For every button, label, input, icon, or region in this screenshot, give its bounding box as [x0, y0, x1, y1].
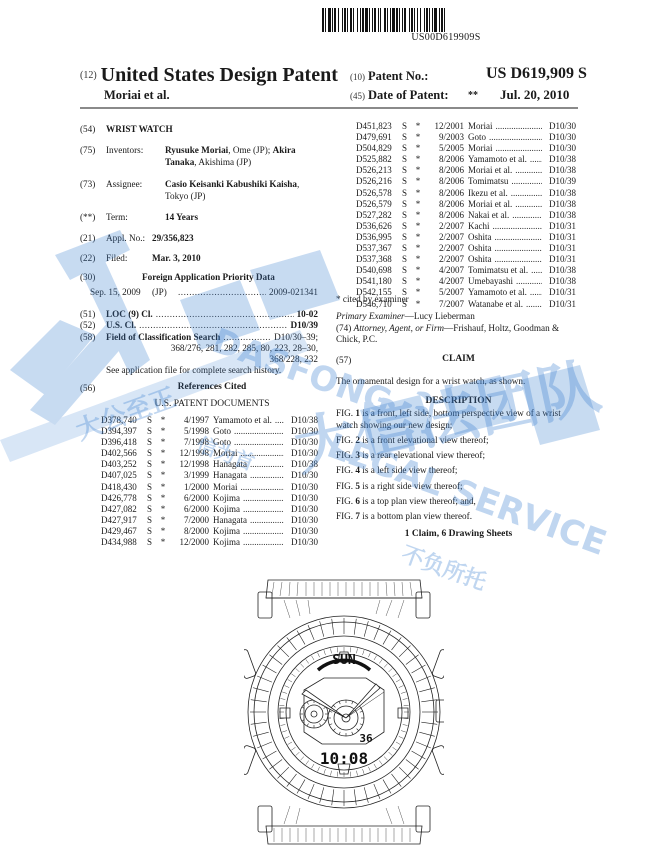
reference-class: D10/30 [284, 537, 318, 548]
reference-number: D526,216 [356, 176, 402, 187]
date-of-patent-label: (45)Date of Patent: [350, 88, 449, 103]
reference-date: 5/2005 [424, 143, 468, 154]
reference-number: D407,025 [101, 470, 147, 481]
reference-number: D434,988 [101, 537, 147, 548]
filed-value: Mar. 3, 2010 [152, 253, 201, 263]
reference-date: 8/2000 [169, 526, 213, 537]
reference-date: 3/1999 [169, 470, 213, 481]
reference-inventor: Kojima [213, 504, 243, 515]
reference-date: 1/2000 [169, 482, 213, 493]
reference-cited-mark: * [157, 526, 169, 537]
reference-cited-mark: * [412, 176, 424, 187]
inventor-name: Akira [273, 145, 296, 155]
reference-class: D10/38 [542, 165, 576, 176]
reference-number: D427,917 [101, 515, 147, 526]
reference-date: 8/2006 [424, 154, 468, 165]
reference-class: D10/30 [542, 143, 576, 154]
term-value: 14 Years [165, 212, 198, 222]
time-display: 10:08 [320, 749, 368, 768]
leader-dots [178, 287, 266, 297]
leader-dots [511, 188, 542, 199]
reference-date: 8/2006 [424, 176, 468, 187]
reference-inventor: Yamamoto et al. [468, 154, 530, 165]
leader-dots [495, 232, 543, 243]
field-code: (56) [80, 383, 95, 393]
reference-row: D434,988S*12/2000KojimaD10/30 [101, 537, 318, 548]
assignee-line-1: Casio Keisanki Kabushiki Kaisha, [165, 179, 299, 189]
reference-number: D504,829 [356, 143, 402, 154]
reference-row: D504,829S*5/2005MoriaiD10/30 [356, 143, 576, 154]
leader-dots [243, 493, 284, 504]
reference-row: D527,282S*8/2006Nakai et al.D10/38 [356, 210, 576, 221]
leader-dots [493, 221, 543, 232]
leader-dots [250, 459, 284, 470]
leader-dots [516, 276, 542, 287]
search-field-line: 368/276, 281, 282, 285, 80, 223, 28–30, [171, 343, 318, 353]
reference-number: D541,180 [356, 276, 402, 287]
inventor-name: Ryusuke Moriai [165, 145, 228, 155]
reference-date: 8/2006 [424, 165, 468, 176]
reference-number: D526,213 [356, 165, 402, 176]
watch-drawing: SUN 10:08 36 [244, 562, 444, 860]
reference-kind: S [402, 154, 412, 165]
field-code: (22) [80, 253, 95, 263]
reference-cited-mark: * [157, 415, 169, 426]
field-code: (**) [80, 212, 95, 222]
patent-number: US D619,909 S [486, 65, 587, 83]
reference-cited-mark: * [157, 537, 169, 548]
reference-row: D526,579S*8/2006Moriai et al.D10/38 [356, 199, 576, 210]
leader-dots [234, 426, 284, 437]
figure-description: FIG. 5 is a right side view thereof; [336, 481, 581, 493]
reference-date: 5/1998 [169, 426, 213, 437]
reference-kind: S [402, 188, 412, 199]
reference-kind: S [402, 254, 412, 265]
reference-row: D402,566S*12/1998MoriaiD10/30 [101, 448, 318, 459]
reference-row: D426,778S*6/2000KojimaD10/30 [101, 493, 318, 504]
reference-inventor: Yamamoto et al. [213, 415, 275, 426]
reference-inventor: Moriai [213, 482, 241, 493]
invention-title: WRIST WATCH [106, 124, 173, 134]
reference-cited-mark: * [412, 287, 424, 298]
field-code: (54) [80, 124, 95, 134]
reference-cited-mark: * [412, 165, 424, 176]
reference-inventor: Kojima [213, 493, 243, 504]
reference-date: 2/2007 [424, 243, 468, 254]
reference-class: D10/38 [542, 265, 576, 276]
reference-cited-mark: * [412, 121, 424, 132]
reference-number: D418,430 [101, 482, 147, 493]
reference-kind: S [147, 426, 157, 437]
reference-row: D378,740S*4/1997Yamamoto et al.D10/38 [101, 415, 318, 426]
reference-cited-mark: * [412, 254, 424, 265]
reference-cited-mark: * [412, 232, 424, 243]
reference-class: D10/30 [542, 121, 576, 132]
reference-cited-mark: * [412, 276, 424, 287]
reference-cited-mark: * [157, 459, 169, 470]
reference-class: D10/31 [542, 221, 576, 232]
priority-heading: Foreign Application Priority Data [142, 272, 275, 282]
reference-kind: S [402, 243, 412, 254]
patent-no-code: (10) [350, 72, 365, 82]
cited-by-examiner-note: * cited by examiner [336, 294, 409, 304]
reference-cited-mark: * [157, 493, 169, 504]
leader-dots [156, 309, 294, 319]
reference-date: 12/1998 [169, 459, 213, 470]
reference-inventor: Goto [213, 437, 234, 448]
reference-inventor: Oshita [468, 232, 495, 243]
leader-dots [496, 121, 543, 132]
reference-kind: S [402, 265, 412, 276]
reference-class: D10/30 [284, 437, 318, 448]
reference-date: 7/2007 [424, 299, 468, 310]
reference-number: D427,082 [101, 504, 147, 515]
reference-kind: S [147, 470, 157, 481]
leader-dots [526, 299, 542, 310]
reference-cited-mark: * [412, 132, 424, 143]
reference-number: D429,467 [101, 526, 147, 537]
reference-kind: S [402, 210, 412, 221]
search-field-line: 368/228, 232 [270, 354, 319, 364]
reference-row: D525,882S*8/2006Yamamoto et al.D10/38 [356, 154, 576, 165]
reference-cited-mark: * [157, 437, 169, 448]
reference-date: 4/1997 [169, 415, 213, 426]
reference-row: D407,025S*3/1999HanagataD10/30 [101, 470, 318, 481]
reference-class: D10/30 [284, 493, 318, 504]
reference-inventor: Moriai et al. [468, 199, 515, 210]
reference-number: D396,418 [101, 437, 147, 448]
reference-row: D536,626S*2/2007KachiD10/31 [356, 221, 576, 232]
assignee-location: Tokyo (JP) [165, 191, 205, 201]
reference-class: D10/38 [542, 188, 576, 199]
reference-number: D536,995 [356, 232, 402, 243]
leader-dots [241, 482, 285, 493]
field-code: (75) [80, 145, 95, 155]
reference-class: D10/30 [284, 504, 318, 515]
reference-date: 7/1998 [169, 437, 213, 448]
reference-date: 5/2007 [424, 287, 468, 298]
reference-kind: S [402, 232, 412, 243]
inventors-short: Moriai et al. [104, 88, 170, 103]
date-label-text: Date of Patent: [368, 88, 449, 102]
leader-dots [495, 243, 543, 254]
reference-date: 12/2000 [169, 537, 213, 548]
reference-class: D10/31 [542, 254, 576, 265]
reference-cited-mark: * [157, 482, 169, 493]
search-field-line: D10/30–39; [271, 332, 318, 342]
reference-class: D10/30 [284, 515, 318, 526]
priority-country: (JP) [152, 287, 167, 297]
reference-number: D540,698 [356, 265, 402, 276]
reference-inventor: Watanabe et al. [468, 299, 526, 310]
reference-cited-mark: * [412, 143, 424, 154]
reference-inventor: Goto [468, 132, 489, 143]
attorney-label: Attorney, Agent, or Firm [354, 323, 444, 333]
figure-description: FIG. 4 is a left side view thereof; [336, 465, 581, 477]
leader-dots [495, 254, 543, 265]
reference-row: D394,397S*5/1998GotoD10/30 [101, 426, 318, 437]
reference-class: D10/30 [284, 482, 318, 493]
leader-dots [243, 526, 284, 537]
inventor-location: , Ome (JP); [228, 145, 272, 155]
claim-heading: CLAIM [336, 354, 581, 364]
reference-cited-mark: * [412, 210, 424, 221]
leader-dots [531, 265, 542, 276]
reference-kind: S [402, 221, 412, 232]
reference-row: D526,216S*8/2006TomimatsuD10/39 [356, 176, 576, 187]
reference-row: D403,252S*12/1998HanagataD10/38 [101, 459, 318, 470]
reference-cited-mark: * [157, 448, 169, 459]
leader-dots [515, 165, 542, 176]
reference-kind: S [147, 482, 157, 493]
reference-number: D527,282 [356, 210, 402, 221]
reference-class: D10/39 [542, 176, 576, 187]
reference-cited-mark: * [412, 243, 424, 254]
figure-description: FIG. 3 is a rear elevational view thereo… [336, 450, 581, 462]
leader-dots [250, 470, 284, 481]
patent-type-title: (12)United States Design Patent [80, 64, 338, 87]
field-code: (21) [80, 233, 95, 243]
reference-number: D378,740 [101, 415, 147, 426]
leader-dots [489, 132, 542, 143]
reference-inventor: Tomimatsu [468, 176, 511, 187]
reference-inventor: Yamamoto et al. [468, 287, 530, 298]
reference-class: D10/38 [542, 276, 576, 287]
field-code: (74) [336, 323, 354, 333]
barcode-number: US00D619909S [322, 32, 570, 43]
references-table-left: D378,740S*4/1997Yamamoto et al.D10/38D39… [101, 415, 318, 548]
reference-inventor: Moriai et al. [468, 165, 515, 176]
reference-row: D526,213S*8/2006Moriai et al.D10/38 [356, 165, 576, 176]
reference-date: 12/2001 [424, 121, 468, 132]
reference-number: D402,566 [101, 448, 147, 459]
reference-row: D537,368S*2/2007OshitaD10/31 [356, 254, 576, 265]
reference-inventor: Ikezu et al. [468, 188, 511, 199]
reference-inventor: Oshita [468, 254, 495, 265]
reference-kind: S [402, 132, 412, 143]
leader-dots [223, 332, 271, 342]
figure-description: FIG. 6 is a top plan view thereof; and, [336, 496, 581, 508]
claims-summary: 1 Claim, 6 Drawing Sheets [336, 529, 581, 539]
reference-date: 2/2007 [424, 221, 468, 232]
date-of-patent: Jul. 20, 2010 [500, 87, 569, 103]
reference-number: D537,367 [356, 243, 402, 254]
reference-class: D10/31 [542, 232, 576, 243]
appl-no-value: 29/356,823 [152, 233, 194, 243]
reference-row: D526,578S*8/2006Ikezu et al.D10/38 [356, 188, 576, 199]
examiner-label: Primary Examiner [336, 311, 405, 321]
reference-kind: S [147, 459, 157, 470]
reference-kind: S [402, 143, 412, 154]
reference-kind: S [147, 526, 157, 537]
reference-kind: S [402, 176, 412, 187]
reference-number: D536,626 [356, 221, 402, 232]
reference-date: 8/2006 [424, 210, 468, 221]
field-code: (51) [80, 309, 95, 319]
reference-kind: S [147, 415, 157, 426]
field-label: Field of Classification Search [106, 332, 223, 342]
reference-class: D10/31 [542, 243, 576, 254]
type-title-text: United States Design Patent [101, 64, 338, 86]
reference-row: D396,418S*7/1998GotoD10/30 [101, 437, 318, 448]
reference-cited-mark: * [157, 504, 169, 515]
reference-date: 7/2000 [169, 515, 213, 526]
reference-cited-mark: * [157, 470, 169, 481]
reference-row: D541,180S*4/2007UmebayashiD10/38 [356, 276, 576, 287]
field-label: Inventors: [106, 145, 143, 155]
leader-dots [241, 448, 285, 459]
reference-date: 6/2000 [169, 504, 213, 515]
reference-cited-mark: * [412, 188, 424, 199]
search-history-note: See application file for complete search… [106, 365, 281, 375]
reference-class: D10/30 [284, 448, 318, 459]
field-label: Term: [106, 212, 128, 222]
reference-cited-mark: * [157, 426, 169, 437]
reference-number: D526,579 [356, 199, 402, 210]
inventor-name: Tanaka [165, 157, 194, 167]
reference-number: D525,882 [356, 154, 402, 165]
type-code: (12) [80, 70, 97, 81]
priority-date: Sep. 15, 2009 [90, 287, 141, 297]
reference-class: D10/30 [284, 426, 318, 437]
reference-kind: S [147, 493, 157, 504]
field-code: (73) [80, 179, 95, 189]
figure-descriptions: FIG. 1 is a front, left side, bottom per… [336, 408, 581, 527]
examiner-name: —Lucy Lieberman [405, 311, 475, 321]
leader-dots [275, 415, 284, 426]
reference-inventor: Moriai [468, 121, 496, 132]
reference-class: D10/31 [542, 299, 576, 310]
reference-inventor: Goto [213, 426, 234, 437]
patent-no-label-text: Patent No.: [368, 69, 428, 83]
reference-kind: S [402, 165, 412, 176]
leader-dots [515, 199, 542, 210]
reference-inventor: Hanagata [213, 470, 250, 481]
field-code: (52) [80, 320, 95, 330]
us-cl-value: D10/39 [287, 320, 318, 330]
reference-inventor: Hanagata [213, 459, 250, 470]
day-display: SUN [332, 653, 356, 668]
leader-dots [512, 210, 542, 221]
reference-date: 6/2000 [169, 493, 213, 504]
priority-number: 2009-021341 [266, 287, 318, 297]
reference-cited-mark: * [412, 299, 424, 310]
field-label: Assignee: [106, 179, 142, 189]
reference-number: D403,252 [101, 459, 147, 470]
reference-date: 8/2006 [424, 199, 468, 210]
reference-number: D426,778 [101, 493, 147, 504]
field-label: LOC (9) Cl. [106, 309, 156, 319]
reference-row: D479,691S*9/2003GotoD10/30 [356, 132, 576, 143]
reference-number: D537,368 [356, 254, 402, 265]
reference-date: 12/1998 [169, 448, 213, 459]
leader-dots [511, 176, 542, 187]
reference-inventor: Kachi [468, 221, 493, 232]
field-label: U.S. Cl. [106, 320, 139, 330]
reference-class: D10/38 [542, 199, 576, 210]
reference-inventor: Umebayashi [468, 276, 516, 287]
reference-row: D451,823S*12/2001MoriaiD10/30 [356, 121, 576, 132]
reference-inventor: Kojima [213, 537, 243, 548]
date-marker: ** [468, 90, 478, 101]
reference-date: 4/2007 [424, 276, 468, 287]
reference-date: 2/2007 [424, 254, 468, 265]
reference-kind: S [147, 515, 157, 526]
figure-description: FIG. 2 is a front elevational view there… [336, 435, 581, 447]
reference-class: D10/38 [542, 210, 576, 221]
field-label: Filed: [106, 253, 127, 263]
references-table-right: D451,823S*12/2001MoriaiD10/30D479,691S*9… [356, 121, 576, 310]
reference-inventor: Tomimatsu et al. [468, 265, 531, 276]
reference-row: D540,698S*4/2007Tomimatsu et al.D10/38 [356, 265, 576, 276]
reference-date: 8/2006 [424, 188, 468, 199]
reference-kind: S [402, 121, 412, 132]
reference-row: D418,430S*1/2000MoriaiD10/30 [101, 482, 318, 493]
reference-class: D10/31 [542, 287, 576, 298]
examiner-attorney-block: Primary Examiner—Lucy Lieberman (74) Att… [336, 311, 581, 346]
references-heading: References Cited [106, 382, 318, 392]
barcode [322, 8, 570, 32]
reference-inventor: Kojima [213, 526, 243, 537]
leader-dots [530, 154, 542, 165]
reference-kind: S [147, 504, 157, 515]
field-label: Appl. No.: [106, 233, 145, 243]
reference-class: D10/38 [284, 415, 318, 426]
inventor-location: , Akishima (JP) [194, 157, 251, 167]
assignee-name: Casio Keisanki Kabushiki Kaisha [165, 179, 297, 189]
reference-cited-mark: * [412, 199, 424, 210]
leader-dots [234, 437, 284, 448]
date-code: (45) [350, 91, 365, 101]
leader-dots [139, 320, 287, 330]
reference-date: 2/2007 [424, 232, 468, 243]
reference-row: D537,367S*2/2007OshitaD10/31 [356, 243, 576, 254]
reference-date: 9/2003 [424, 132, 468, 143]
header-divider [80, 107, 578, 109]
reference-cited-mark: * [157, 515, 169, 526]
reference-row: D427,082S*6/2000KojimaD10/30 [101, 504, 318, 515]
reference-class: D10/38 [542, 154, 576, 165]
reference-inventor: Nakai et al. [468, 210, 512, 221]
reference-class: D10/30 [284, 526, 318, 537]
seconds-display: 36 [359, 732, 373, 745]
reference-inventor: Hanagata [213, 515, 250, 526]
reference-class: D10/30 [542, 132, 576, 143]
field-code: (30) [80, 272, 95, 282]
leader-dots [530, 287, 542, 298]
reference-number: D526,578 [356, 188, 402, 199]
leader-dots [243, 504, 284, 515]
patent-no-label: (10)Patent No.: [350, 69, 428, 84]
reference-cited-mark: * [412, 221, 424, 232]
reference-inventor: Oshita [468, 243, 495, 254]
reference-kind: S [147, 537, 157, 548]
description-heading: DESCRIPTION [336, 396, 581, 406]
figure-description: FIG. 7 is a bottom plan view thereof. [336, 511, 581, 523]
reference-inventor: Moriai [468, 143, 496, 154]
reference-date: 4/2007 [424, 265, 468, 276]
reference-kind: S [402, 276, 412, 287]
inventors-line-1: Ryusuke Moriai, Ome (JP); Akira [165, 145, 296, 155]
reference-class: D10/30 [284, 470, 318, 481]
leader-dots [243, 537, 284, 548]
reference-number: D451,823 [356, 121, 402, 132]
reference-cited-mark: * [412, 265, 424, 276]
loc-cl-value: 10-02 [294, 309, 318, 319]
leader-dots [496, 143, 543, 154]
reference-inventor: Moriai [213, 448, 241, 459]
reference-cited-mark: * [412, 154, 424, 165]
